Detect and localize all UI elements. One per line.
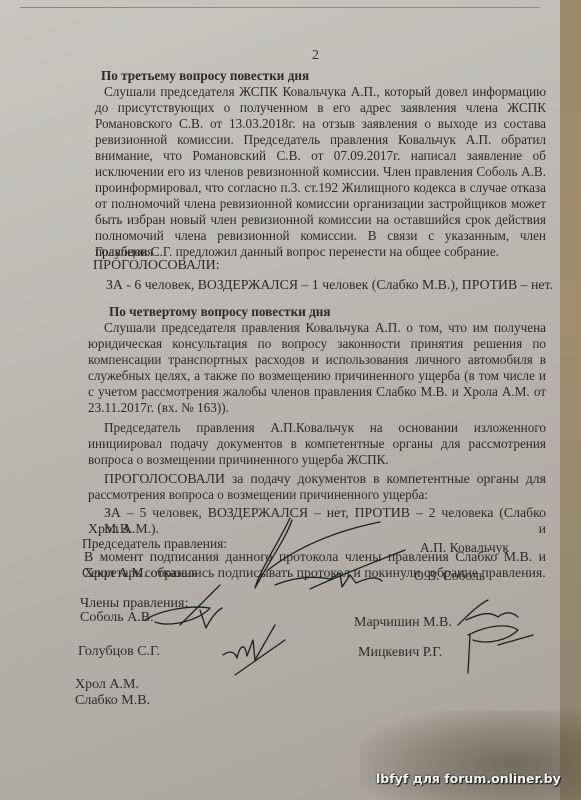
section4-line: служебных целях, а также по возмещению п… [88,368,546,384]
section4-line: рассмотрения вопроса о возмещении причин… [88,487,428,503]
section4-line: Председатель правления А.П.Ковальчук на … [104,420,546,436]
section3-heading: По третьему вопросу повестки дня [101,68,309,84]
shadow-overlay [360,710,581,800]
section4-line: 23.11.2017г. (вх. № 163)). [88,400,229,416]
section3-voted-label: ПРОГОЛОСОВАЛИ: [93,258,220,274]
background-surface [559,0,581,800]
secretary-signature [270,545,420,595]
section3-line: ревизионной комиссии. Председатель правл… [95,132,546,148]
section3-vote-result: ЗА - 6 человек, ВОЗДЕРЖАЛСЯ – 1 человек … [106,277,553,293]
section3-line: Романовского С.В. от 13.03.2018г. на отз… [95,116,546,132]
section3-line: исключении его из членов ревизионной ком… [95,164,546,180]
section4-line: Слушали председателя правления Ковальчук… [104,320,546,336]
member-name: Марчишин М.В. [354,615,452,631]
section4-line: компенсации транспортных расходов и испо… [88,352,546,368]
member-signature-golubtsov [215,620,305,680]
member-name: Слабко М.В. [75,693,150,709]
section3-line: проинформировал, что согласно п.3. ст.19… [95,180,546,196]
section4-line: вопроса о возмещении причиненного ущерба… [88,452,389,468]
section4-line: с учетом рассмотрения жалобы членов прав… [88,384,546,400]
secretary-label: Секретарь собрания [82,565,198,581]
section4-vote-result: Хрол А.М.). [88,521,159,537]
section4-heading: По четвертому вопросу повестки дня [109,304,331,320]
page-top-edge [20,7,540,8]
page-number: 2 [312,48,319,64]
section3-line: внимание, что Романовский С.В. от 07.09.… [95,148,546,164]
section4-line: юридическая консультация по вопросу зако… [88,336,546,352]
watermark-text: lbfyf для forum.onliner.by [376,771,561,786]
section3-line: от полномочий члена ревизионной комиссии… [95,196,546,212]
member-signature-marchishin [448,595,558,675]
chairman-label: Председатель правления: [82,536,227,552]
member-name: Мицкевич Р.Г. [358,645,442,661]
section3-line: быть избран новый член ревизионной комис… [95,212,546,228]
section3-line: до присутствующих о полученном в его адр… [95,100,546,116]
section4-line: ПРОГОЛОСОВАЛИ за подачу документов в ком… [104,471,546,487]
member-name: Голубцов С.Г. [78,644,160,660]
member-name: Хрол А.М. [75,677,139,693]
section3-line: Слушали председателя ЖСПК Ковальчука А.П… [104,84,546,100]
section4-line: инициировал подачу документов в компетен… [88,436,546,452]
